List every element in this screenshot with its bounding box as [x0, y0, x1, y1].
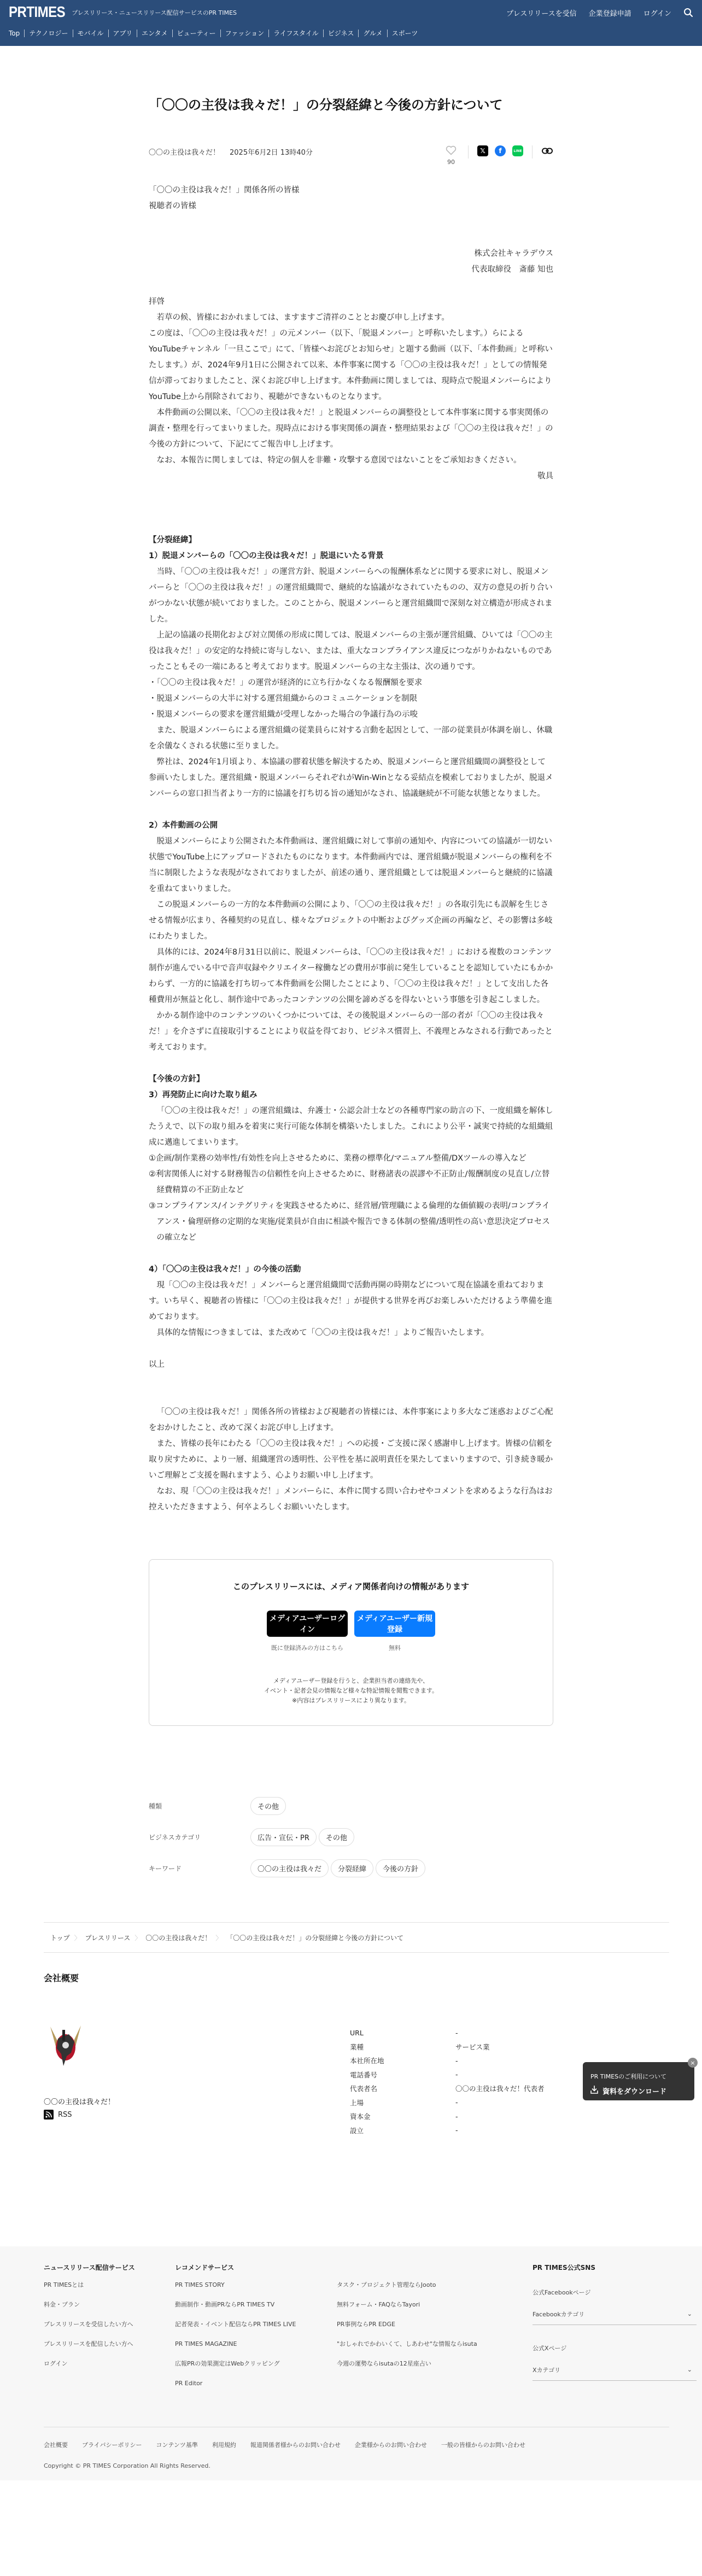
paragraph: この度は、「〇〇の主役は我々だ！」の元メンバー（以下、「脱退メンバー」と呼称いた…	[149, 326, 553, 405]
article-title: 「〇〇の主役は我々だ！」の分裂経緯と今後の方針について	[149, 96, 553, 114]
business-category-label: ビジネスカテゴリ	[149, 1833, 250, 1842]
type-label: 種類	[149, 1801, 250, 1811]
footer-link[interactable]: 記者発表・イベント配信ならPR TIMES LIVE	[175, 2321, 296, 2328]
close-icon[interactable]: ×	[688, 2058, 698, 2068]
paragraph: なお、現「〇〇の主役は我々だ！」メンバーらに、本件に関する問い合わせやコメントを…	[149, 1484, 553, 1515]
media-desc-line: メディアユーザー登録を行うと、企業担当者の連絡先や、	[149, 1676, 553, 1686]
footer-link[interactable]: ログイン	[44, 2360, 67, 2367]
x-category-select[interactable]: Xカテゴリ ⌄	[533, 2359, 697, 2381]
header-tagline: プレスリリース・ニュースリリース配信サービスのPR TIMES	[72, 8, 237, 17]
share-line-icon[interactable]: LINE	[512, 145, 523, 156]
footer-col-title: PR TIMES公式SNS	[533, 2263, 697, 2275]
signature-company: 株式会社キャラデウス	[149, 246, 553, 262]
numbered-item: ③コンプライアンス/インテグリティを実践させるために、経営層/管理職による倫理的…	[149, 1198, 553, 1246]
paragraph: 「〇〇の主役は我々だ！」関係各所の皆様および視聴者の皆様には、本件事案により多大…	[149, 1404, 553, 1436]
download-icon	[590, 2085, 598, 2096]
article: 「〇〇の主役は我々だ！」の分裂経緯と今後の方針について 〇〇の主役は我々だ！ 2…	[149, 96, 553, 1884]
rss-link[interactable]: RSS	[44, 2110, 350, 2120]
footer-link[interactable]: "おしゃれでかわいくて、しあわせ"な情報ならisuta	[337, 2340, 477, 2347]
numbered-item: ②利害関係人に対する財務報告の信頼性を向上させるために、財務諸表の誤謬や不正防止…	[149, 1167, 553, 1198]
heart-icon	[446, 145, 457, 157]
subsection-title: 4）「〇〇の主役は我々だ！」の今後の活動	[149, 1262, 553, 1278]
nav-sports[interactable]: スポーツ	[387, 30, 423, 37]
footer-link[interactable]: 今週の運勢ならisutaの12星座占い	[337, 2360, 431, 2367]
like-count: 90	[447, 159, 455, 166]
info-key: 本社所在地	[350, 2056, 455, 2065]
like-button[interactable]: 90	[443, 145, 459, 166]
paragraph: 上記の協議の長期化および対立関係の形成に関しては、脱退メンバーらの主張が運営組織…	[149, 628, 553, 675]
paragraph: 現「〇〇の主役は我々だ！」メンバーらと運営組織間で活動再開の時期などについて現在…	[149, 1278, 553, 1325]
prtimes-logo[interactable]: PRTIMES	[9, 4, 65, 21]
info-key: 設立	[350, 2126, 455, 2135]
info-key: 資本金	[350, 2111, 455, 2121]
paragraph: 具体的な情報につきましては、また改めて「〇〇の主役は我々だ！」よりご報告いたしま…	[149, 1325, 553, 1341]
paragraph: 本件動画の公開以来、「〇〇の主役は我々だ！」と脱退メンバーらの調整役として本件事…	[149, 405, 553, 453]
nav-apps[interactable]: アプリ	[108, 30, 137, 37]
paragraph: 「〇〇の主役は我々だ！」の運営組織は、弁護士・公認会計士などの各種専門家の助言の…	[149, 1103, 553, 1151]
site-footer: ニュースリリース配信サービス PR TIMESとは 料金・プラン プレスリリース…	[0, 2246, 702, 2480]
media-login-button[interactable]: メディアユーザーログイン	[267, 1611, 348, 1637]
article-meta: 〇〇の主役は我々だ！ 2025年6月2日 13時40分 90 𝕏 f LINE	[149, 145, 553, 173]
x-page-link[interactable]: 公式Xページ	[533, 2337, 697, 2359]
category-chip[interactable]: その他	[319, 1828, 354, 1846]
info-value: -	[455, 2057, 458, 2065]
breadcrumb-top[interactable]: トップ	[50, 1933, 70, 1942]
footer-link[interactable]: PR TIMES MAGAZINE	[175, 2340, 237, 2347]
paragraph: なお、本報告に関しましては、特定の個人を非難・攻撃する意図ではないことをご承知お…	[149, 453, 553, 469]
footer-bottom-link[interactable]: 会社概要	[44, 2440, 68, 2449]
keyword-chip[interactable]: 分裂経緯	[331, 1859, 373, 1877]
addressee-line: 「〇〇の主役は我々だ！」関係各所の皆様	[149, 183, 553, 198]
addressee-line: 視聴者の皆様	[149, 198, 553, 214]
info-value: -	[455, 2029, 458, 2037]
section-heading: 【分裂経緯】	[149, 532, 553, 548]
tags-section: 種類 その他 ビジネスカテゴリ 広告・宣伝・PR その他 キーワード 〇〇の主役…	[149, 1790, 553, 1884]
breadcrumb-current: 「〇〇の主役は我々だ！」の分裂経緯と今後の方針について	[226, 1933, 403, 1942]
closing-remarks: 「〇〇の主役は我々だ！」関係各所の皆様および視聴者の皆様には、本件事案により多大…	[149, 1404, 553, 1515]
facebook-page-link[interactable]: 公式Facebookページ	[533, 2281, 697, 2303]
bullet-item: ・脱退メンバーらの要求を運営組織が受理しなかった場合の争議行為の示唆	[149, 707, 553, 723]
media-user-box: このプレスリリースには、メディア関係者向けの情報があります メディアユーザーログ…	[149, 1559, 553, 1726]
nav-beauty[interactable]: ビューティー	[172, 30, 220, 37]
chevron-down-icon: ⌄	[687, 2310, 692, 2317]
category-chip[interactable]: 広告・宣伝・PR	[250, 1828, 317, 1846]
media-register-button[interactable]: メディアユーザー新規登録	[354, 1611, 435, 1637]
nav-fashion[interactable]: ファッション	[220, 30, 269, 37]
download-label: 資料をダウンロード	[602, 2086, 666, 2096]
footer-link[interactable]: PR Editor	[175, 2380, 202, 2387]
facebook-category-select[interactable]: Facebookカテゴリ ⌄	[533, 2303, 697, 2325]
media-box-title: このプレスリリースには、メディア関係者向けの情報があります	[149, 1580, 553, 1592]
info-key: 業種	[350, 2042, 455, 2052]
paragraph: 当時、「〇〇の主役は我々だ！」の運営方針、脱退メンバーらへの報酬体系などに関する…	[149, 564, 553, 628]
keyword-chip[interactable]: 〇〇の主役は我々だ	[250, 1859, 329, 1877]
download-materials-widget[interactable]: × PR TIMESのご利用について 資料をダウンロード	[583, 2062, 694, 2100]
info-value: -	[455, 2126, 458, 2134]
company-name-link[interactable]: 〇〇の主役は我々だ！	[149, 147, 220, 157]
paragraph: 脱退メンバーらにより公開された本件動画は、運営組織に対して事前の通知や、内容につ…	[149, 834, 553, 897]
copyright: Copyright © PR TIMES Corporation All Rig…	[44, 2462, 702, 2469]
info-key: 上場	[350, 2098, 455, 2107]
signature-representative: 代表取締役 斎藤 知也	[149, 262, 553, 278]
subsection-title: 3）再発防止に向けた取り組み	[149, 1087, 553, 1103]
footer-bottom-link[interactable]: 利用規約	[212, 2440, 236, 2449]
nav-mobile[interactable]: モバイル	[73, 30, 108, 37]
nav-top[interactable]: Top	[9, 30, 24, 37]
company-profile: 会社概要 〇〇の主役は我々だ！ RSS U	[44, 1971, 669, 2137]
opening-word: 拝啓	[149, 294, 553, 310]
share-x-icon[interactable]: 𝕏	[477, 145, 488, 156]
footer-bottom-link[interactable]: プライバシーポリシー	[82, 2440, 142, 2449]
info-value: -	[455, 2070, 458, 2079]
keyword-label: キーワード	[149, 1864, 250, 1873]
ijou-closing: 以上	[149, 1357, 553, 1373]
info-value: サービス業	[455, 2042, 490, 2052]
footer-link[interactable]: 料金・プラン	[44, 2301, 80, 2308]
copy-link-icon[interactable]	[541, 145, 553, 156]
chevron-right-icon: 〉	[74, 1933, 81, 1942]
chevron-down-icon: ⌄	[687, 2366, 692, 2373]
nav-gourmet[interactable]: グルメ	[358, 30, 387, 37]
footer-col-title: ニュースリリース配信サービス	[44, 2263, 175, 2275]
paragraph: また、脱退メンバーらによる運営組織の従業員らに対する言動を起因として、一部の従業…	[149, 723, 553, 754]
info-value: -	[455, 2098, 458, 2106]
paragraph: この脱退メンバーらの一方的な本件動画の公開により、「〇〇の主役は我々だ！」の各取…	[149, 897, 553, 945]
paragraph: 若草の候、皆様におかれましては、ますますご清祥のこととお慶び申し上げます。	[149, 310, 553, 326]
paragraph: 弊社は、2024年1月頃より、本協議の膠着状態を解決するため、脱退メンバーらと運…	[149, 754, 553, 802]
paragraph: 具体的には、2024年8月31日以前に、脱退メンバーらは、「〇〇の主役は我々だ！…	[149, 945, 553, 1008]
keyword-chip[interactable]: 今後の方針	[376, 1859, 425, 1877]
divider	[44, 2427, 669, 2427]
media-desc-line: ※内容はプレスリリースにより異なります。	[149, 1696, 553, 1706]
footer-link[interactable]: PR TIMES STORY	[175, 2281, 225, 2288]
widget-subtitle: PR TIMESのご利用について	[590, 2072, 687, 2081]
rss-icon	[44, 2110, 54, 2120]
breadcrumb: トップ 〉 プレスリリース 〉 〇〇の主役は我々だ！ 〉 「〇〇の主役は我々だ！…	[44, 1922, 669, 1953]
info-key: 電話番号	[350, 2070, 455, 2080]
section-heading: 【今後の方針】	[149, 1072, 553, 1087]
footer-bottom-link[interactable]: 企業様からのお問い合わせ	[355, 2440, 427, 2449]
subsection-title: 1）脱退メンバーらの「〇〇の主役は我々だ！」脱退にいたる背景	[149, 548, 553, 564]
footer-col-title: レコメンドサービス	[175, 2263, 337, 2275]
select-value: Xカテゴリ	[533, 2366, 560, 2374]
site-header: PRTIMES プレスリリース・ニュースリリース配信サービスのPR TIMES …	[0, 0, 702, 46]
select-value: Facebookカテゴリ	[533, 2310, 584, 2319]
chevron-right-icon: 〉	[134, 1933, 141, 1942]
divider	[532, 145, 533, 159]
paragraph: また、皆様の長年にわたる「〇〇の主役は我々だ！」への応援・ご支援に深く感謝申し上…	[149, 1436, 553, 1484]
breadcrumb-company[interactable]: 〇〇の主役は我々だ！	[145, 1933, 211, 1942]
share-facebook-icon[interactable]: f	[495, 145, 506, 156]
company-registration-link[interactable]: 企業登録申請	[589, 8, 631, 18]
type-chip[interactable]: その他	[250, 1797, 286, 1815]
numbered-item: ①企画/制作業務の効率性/有効性を向上させるために、業務の標準化/マニュアル整備…	[149, 1151, 553, 1167]
media-register-note: 無料	[389, 1643, 401, 1652]
footer-link[interactable]: 動画制作・動画PRならPR TIMES TV	[175, 2301, 274, 2308]
info-value: 〇〇の主役は我々だ！代表者	[455, 2083, 545, 2093]
receive-press-release-link[interactable]: プレスリリースを受信	[506, 8, 576, 18]
footer-link[interactable]: プレスリリースを配信したい方へ	[44, 2340, 133, 2347]
company-name[interactable]: 〇〇の主役は我々だ！	[44, 2096, 350, 2106]
bullet-item: ・脱退メンバーらの大半に対する運営組織からのコミュニケーションを制限	[149, 691, 553, 707]
company-info-table: URL- 業種サービス業 本社所在地- 電話番号- 代表者名〇〇の主役は我々だ！…	[350, 2025, 545, 2137]
paragraph: かかる制作途中のコンテンツのいくつかについては、その後脱退メンバーらの一部の者が…	[149, 1008, 553, 1056]
divider	[468, 145, 469, 159]
footer-bottom-link[interactable]: 一般の皆様からのお問い合わせ	[441, 2440, 525, 2449]
search-icon[interactable]	[683, 8, 693, 17]
info-key: URL	[350, 2029, 455, 2037]
footer-link[interactable]: 無料フォーム・FAQならTayori	[337, 2301, 420, 2308]
info-key: 代表者名	[350, 2083, 455, 2093]
subsection-title: 2）本件動画の公開	[149, 818, 553, 834]
closing-word: 敬具	[149, 469, 553, 484]
section-future-policy: 【今後の方針】 3）再発防止に向けた取り組み 「〇〇の主役は我々だ！」の運営組織…	[149, 1072, 553, 1373]
company-profile-title: 会社概要	[44, 1971, 669, 1984]
category-nav: Top テクノロジー モバイル アプリ エンタメ ビューティー ファッション ラ…	[0, 25, 702, 42]
footer-link[interactable]: PR TIMESとは	[44, 2281, 84, 2288]
nav-technology[interactable]: テクノロジー	[24, 30, 72, 37]
footer-bottom-link[interactable]: 報道関係者様からのお問い合わせ	[250, 2440, 341, 2449]
footer-link[interactable]: タスク・プロジェクト管理ならJooto	[337, 2281, 436, 2288]
media-desc-line: イベント・記者会見の情報など様々な特記情報を閲覧できます。	[149, 1686, 553, 1696]
company-logo[interactable]	[49, 2022, 82, 2071]
publish-datetime: 2025年6月2日 13時40分	[230, 147, 313, 157]
section-split-background: 【分裂経緯】 1）脱退メンバーらの「〇〇の主役は我々だ！」脱退にいたる背景 当時…	[149, 532, 553, 1056]
breadcrumb-press-release[interactable]: プレスリリース	[85, 1933, 131, 1942]
article-body: 「〇〇の主役は我々だ！」関係各所の皆様 視聴者の皆様 株式会社キャラデウス 代表…	[149, 183, 553, 1515]
nav-entertainment[interactable]: エンタメ	[137, 30, 172, 37]
media-login-note: 既に登録済みの方はこちら	[271, 1643, 343, 1652]
footer-link[interactable]: 広報PRの効果測定はWebクリッピング	[175, 2360, 280, 2367]
bullet-item: ・「〇〇の主役は我々だ！」の運営が経済的に立ち行かなくなる報酬額を要求	[149, 675, 553, 691]
rss-label: RSS	[58, 2111, 72, 2119]
nav-lifestyle[interactable]: ライフスタイル	[268, 30, 323, 37]
nav-business[interactable]: ビジネス	[323, 30, 359, 37]
footer-link[interactable]: PR事例ならPR EDGE	[337, 2321, 395, 2328]
chevron-right-icon: 〉	[215, 1933, 222, 1942]
footer-bottom-link[interactable]: コンテンツ基準	[156, 2440, 197, 2449]
info-value: -	[455, 2112, 458, 2121]
login-link[interactable]: ログイン	[643, 8, 671, 18]
footer-link[interactable]: プレスリリースを受信したい方へ	[44, 2321, 133, 2328]
